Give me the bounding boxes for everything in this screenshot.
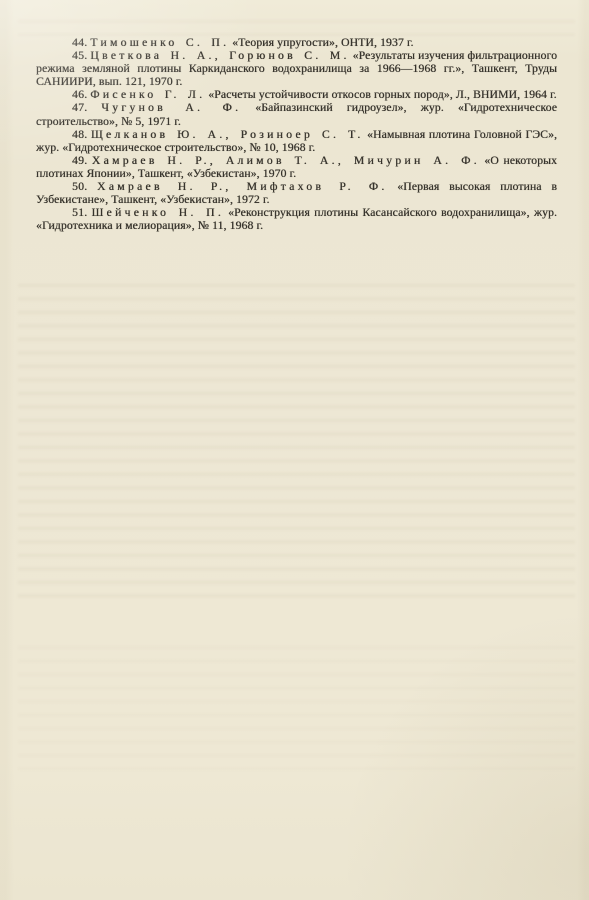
reference-text: «Теория упругости», ОНТИ, 1937 г. <box>232 36 413 49</box>
reference-authors: Цветкова Н. А., Горюнов С. М. <box>90 49 349 62</box>
reference-authors: Хамраев Н. Р., Алимов Т. А., Мичурин А. … <box>92 154 480 167</box>
reference-number: 49. <box>72 154 87 167</box>
scanned-book-page: 44. Тимошенко С. П. «Теория упругости», … <box>0 0 589 900</box>
reference-entry-45: 45. Цветкова Н. А., Горюнов С. М. «Резул… <box>36 49 557 88</box>
reference-authors: Щелканов Ю. А., Розиноер С. Т. <box>91 128 364 141</box>
reference-authors: Чугунов А. Ф. <box>101 101 241 114</box>
page-texture-showthrough-lower <box>18 640 575 770</box>
reference-entry-47: 47. Чугунов А. Ф. «Байпазинский гидроузе… <box>36 101 557 127</box>
reference-number: 48. <box>72 128 87 141</box>
bibliography-list: 44. Тимошенко С. П. «Теория упругости», … <box>36 36 557 232</box>
reference-authors: Шейченко Н. П. <box>91 206 224 219</box>
reference-entry-49: 49. Хамраев Н. Р., Алимов Т. А., Мичурин… <box>36 154 557 180</box>
reference-authors: Тимошенко С. П. <box>90 36 229 49</box>
reference-number: 50. <box>72 180 87 193</box>
reference-number: 47. <box>72 101 87 114</box>
reference-entry-51: 51. Шейченко Н. П. «Реконструкция плотин… <box>36 206 557 232</box>
reference-number: 45. <box>72 49 87 62</box>
reference-authors: Фисенко Г. Л. <box>90 88 205 101</box>
reference-text: «Расчеты устойчивости откосов горных пор… <box>208 88 556 101</box>
reference-entry-50: 50. Хамраев Н. Р., Мифтахов Р. Ф. «Перва… <box>36 180 557 206</box>
reference-authors: Хамраев Н. Р., Мифтахов Р. Ф. <box>97 180 388 193</box>
page-texture-showthrough-top <box>18 14 575 36</box>
page-texture-showthrough-middle <box>18 278 575 598</box>
reference-entry-46: 46. Фисенко Г. Л. «Расчеты устойчивости … <box>36 88 557 101</box>
reference-number: 46. <box>72 88 87 101</box>
reference-entry-44: 44. Тимошенко С. П. «Теория упругости», … <box>36 36 557 49</box>
reference-entry-48: 48. Щелканов Ю. А., Розиноер С. Т. «Намы… <box>36 128 557 154</box>
reference-number: 51. <box>72 206 87 219</box>
reference-number: 44. <box>72 36 87 49</box>
